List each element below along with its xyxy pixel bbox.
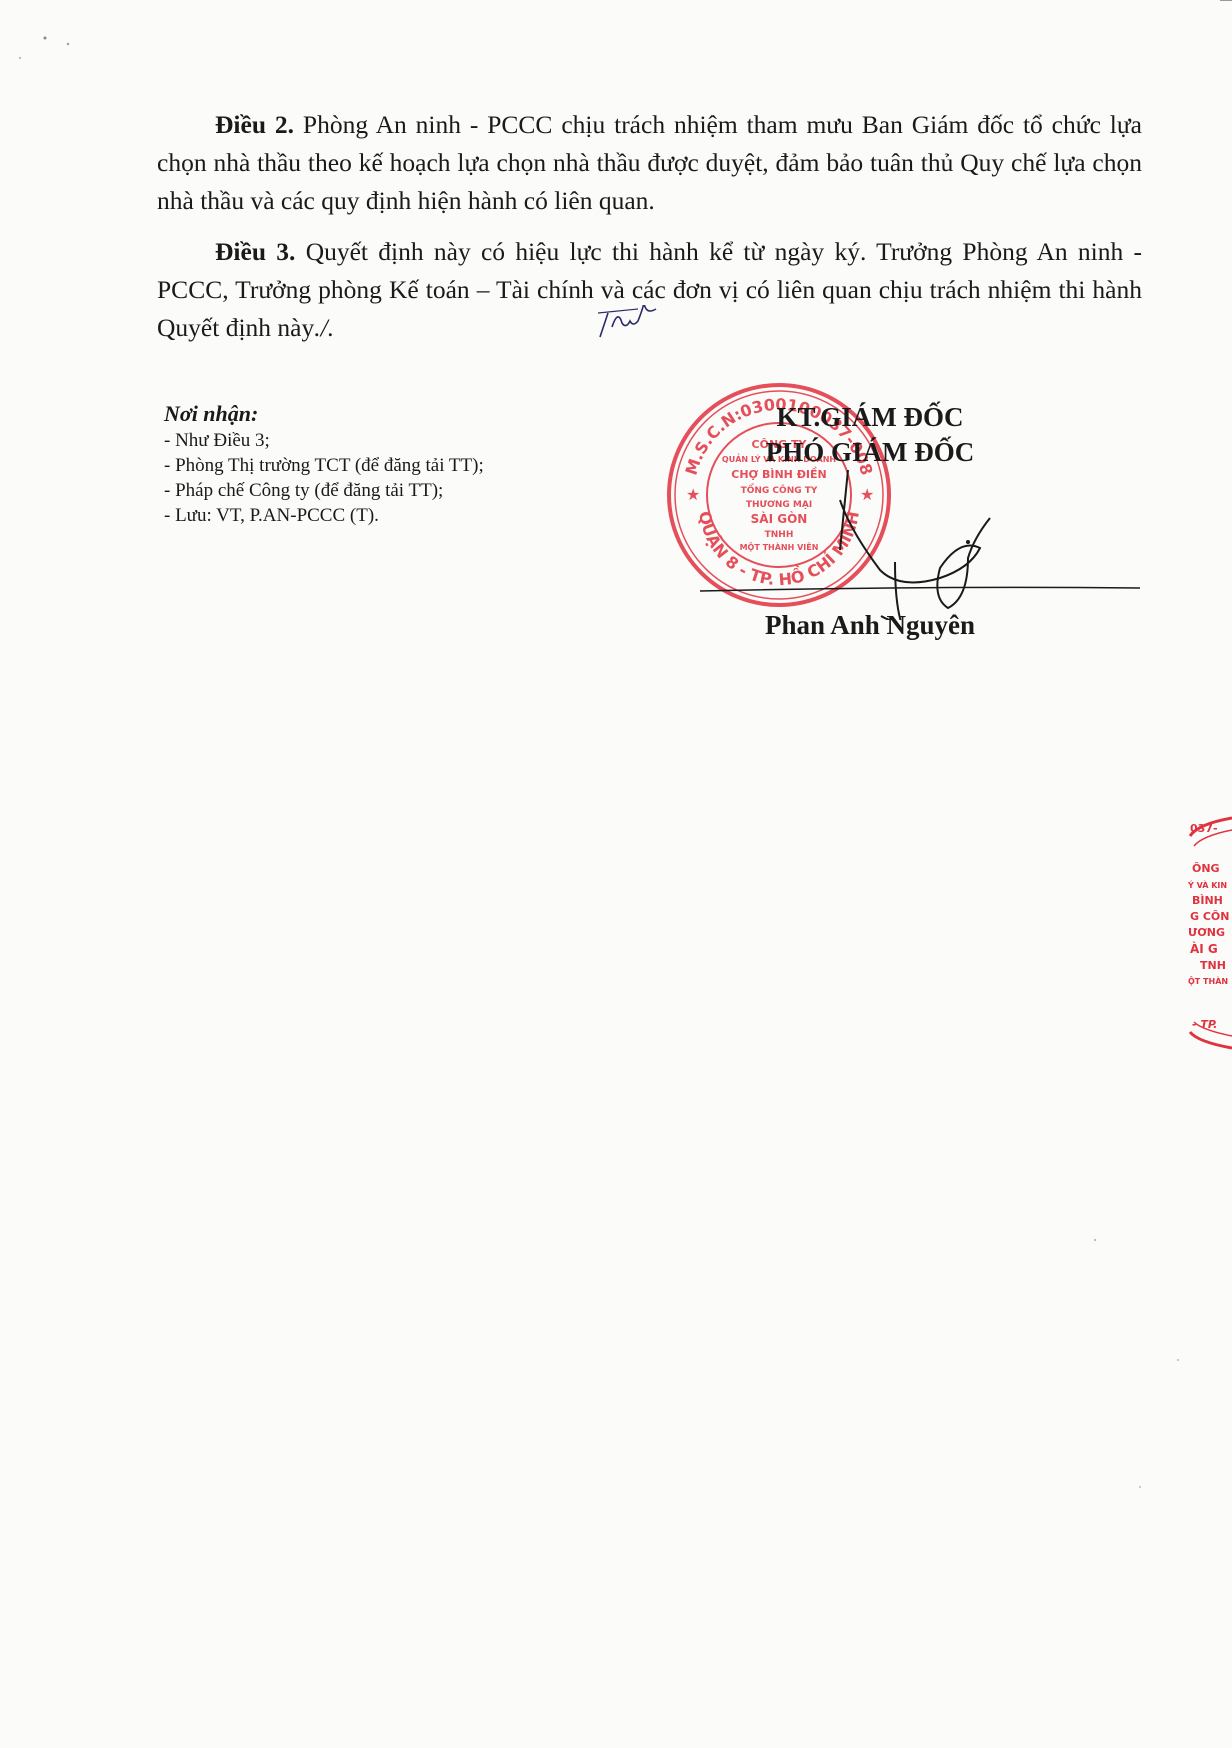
initial-signature-icon (598, 305, 668, 345)
svg-text:TNH: TNH (1200, 959, 1226, 972)
recipient-item: - Như Điều 3; (164, 428, 484, 453)
article-3-label: Điều 3. (215, 237, 295, 266)
svg-text:★: ★ (686, 487, 700, 504)
signer-on-behalf: KT.GIÁM ĐỐC (700, 400, 1040, 434)
svg-text:Ý VÀ KIN: Ý VÀ KIN (1188, 879, 1227, 890)
recipient-item: - Pháp chế Công ty (để đăng tải TT); (164, 478, 484, 503)
svg-text:G CÔN: G CÔN (1190, 910, 1230, 923)
article-2: Điều 2. Phòng An ninh - PCCC chịu trách … (157, 106, 1142, 220)
svg-text:ÀI G: ÀI G (1190, 941, 1218, 956)
recipients-title: Nơi nhận: (164, 400, 484, 428)
recipient-item: - Phòng Thị trường TCT (để đăng tải TT); (164, 453, 484, 478)
svg-text:- TP.: - TP. (1192, 1018, 1217, 1031)
svg-text:ƯƠNG: ƯƠNG (1188, 926, 1225, 939)
handwritten-signature-icon (700, 470, 1150, 620)
end-mark: ./. (314, 313, 334, 342)
signer-position: PHÓ GIÁM ĐỐC (700, 435, 1040, 469)
recipients-block: Nơi nhận: - Như Điều 3; - Phòng Thị trườ… (164, 400, 484, 528)
recipient-item: - Lưu: VT, P.AN-PCCC (T). (164, 503, 484, 528)
edge-seal-fragment-icon: 037- ÔNG Ý VÀ KIN BÌNH G CÔN ƯƠNG ÀI G T… (1188, 810, 1232, 1060)
svg-text:BÌNH: BÌNH (1192, 894, 1223, 907)
article-2-label: Điều 2. (215, 110, 294, 139)
svg-text:037-: 037- (1190, 822, 1218, 835)
svg-text:ÔNG: ÔNG (1192, 862, 1220, 875)
article-2-text: Phòng An ninh - PCCC chịu trách nhiệm th… (157, 110, 1142, 215)
svg-text:ỘT THÀN: ỘT THÀN (1188, 975, 1228, 986)
